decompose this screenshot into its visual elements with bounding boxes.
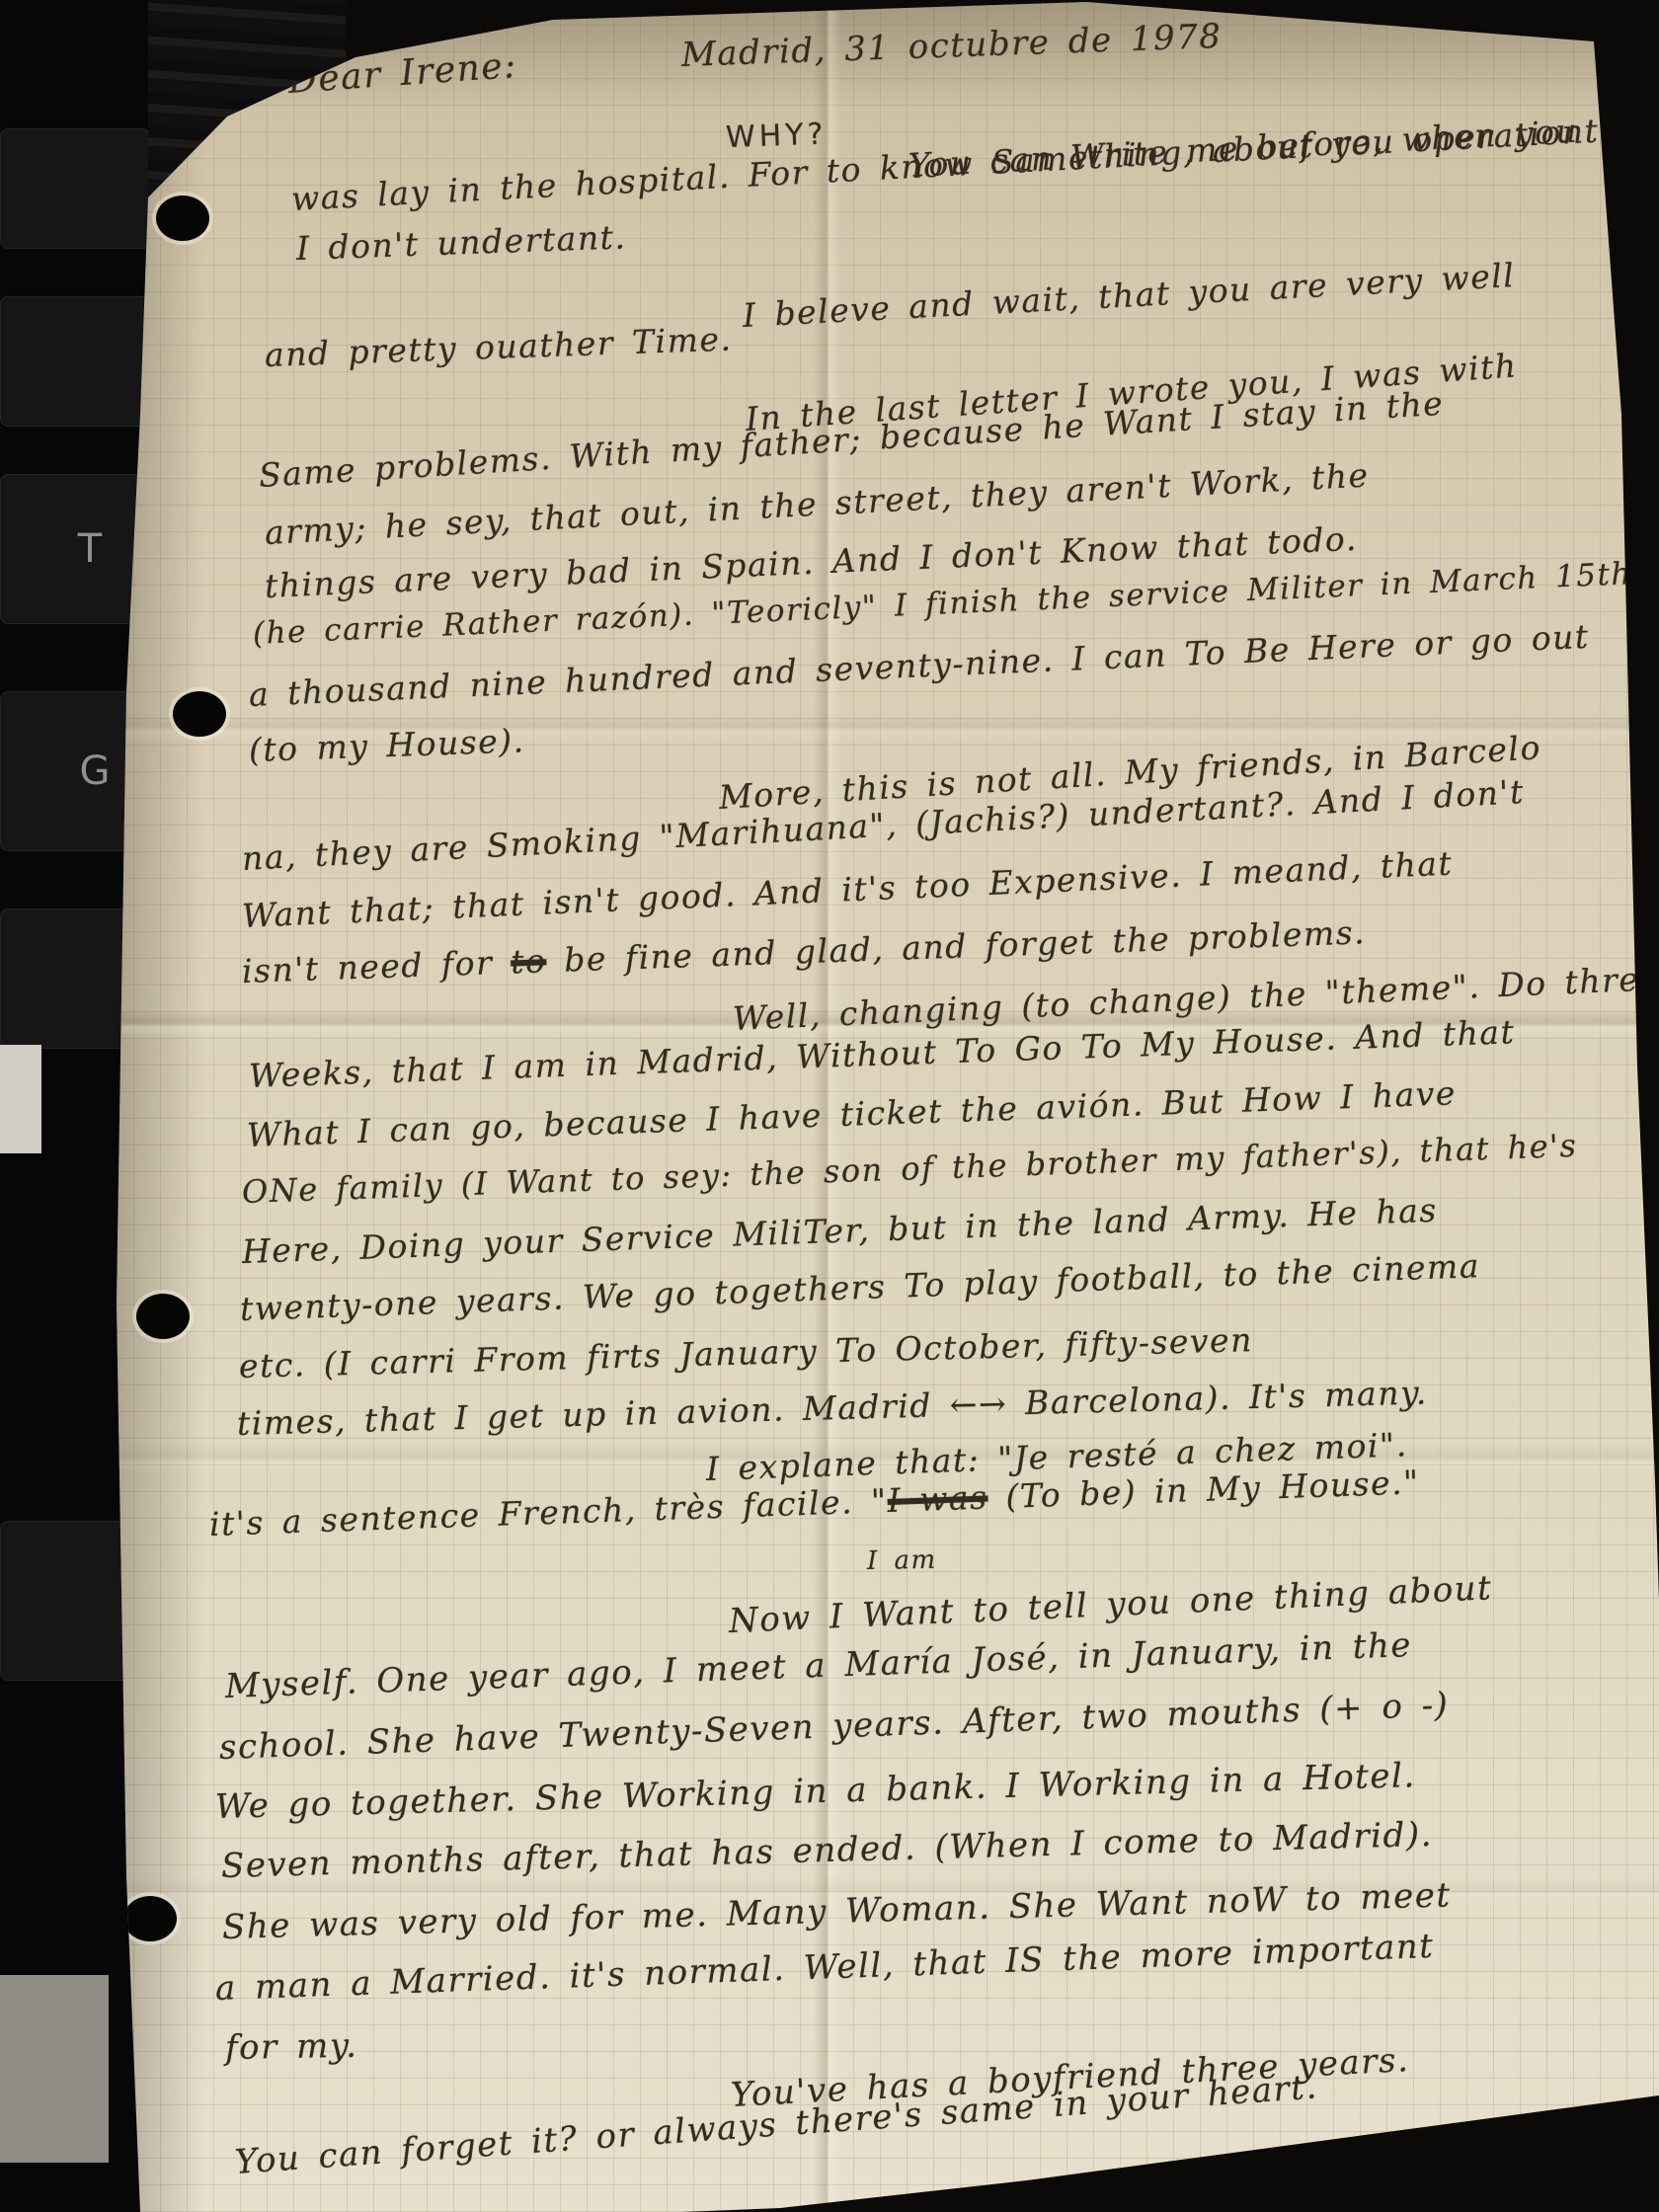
punch-hole [156,196,209,241]
letter-line-why: WHY? [725,117,828,155]
keyboard-key [0,1521,130,1681]
photo-background: T G Madrid, 31 octubre de 1978 Dear Iren… [0,0,1659,2212]
date-line: Madrid, 31 octubre de 1978 [680,17,1223,75]
keyboard-key [0,128,150,249]
punch-hole [173,691,226,737]
laptop-edge-gray [0,1975,109,2163]
letter-line: and pretty ouather Time. [264,319,733,374]
line-text: isn't need for [241,943,512,990]
correction-text: I am [867,1545,937,1576]
letter-line: I don't undertant. [295,217,627,268]
letter-line: was lay in the hospital. For to know Sam… [290,111,1612,218]
letter-line: (to my House). [248,721,525,769]
letter-line: Seven months after, that has ended. (Whe… [220,1815,1433,1886]
line-text: it's a sentence French, très facile. " [208,1481,888,1543]
punch-hole [136,1294,190,1339]
letter-line: We go together. She Working in a bank. I… [214,1756,1416,1827]
struck-word: I was [887,1477,988,1520]
letter-paper: Madrid, 31 octubre de 1978 Dear Irene: W… [0,0,1659,2212]
letter-line: I beleve and wait, that you are very wel… [742,256,1516,335]
struck-word: to [510,941,546,981]
punch-hole [123,1896,177,1941]
line-text: be fine and glad, and forget the problem… [546,912,1367,980]
laptop-edge-highlight [0,1045,41,1153]
letter-line: for my. [225,2026,358,2068]
letter-line: etc. (I carri From firts January To Octo… [238,1320,1253,1385]
